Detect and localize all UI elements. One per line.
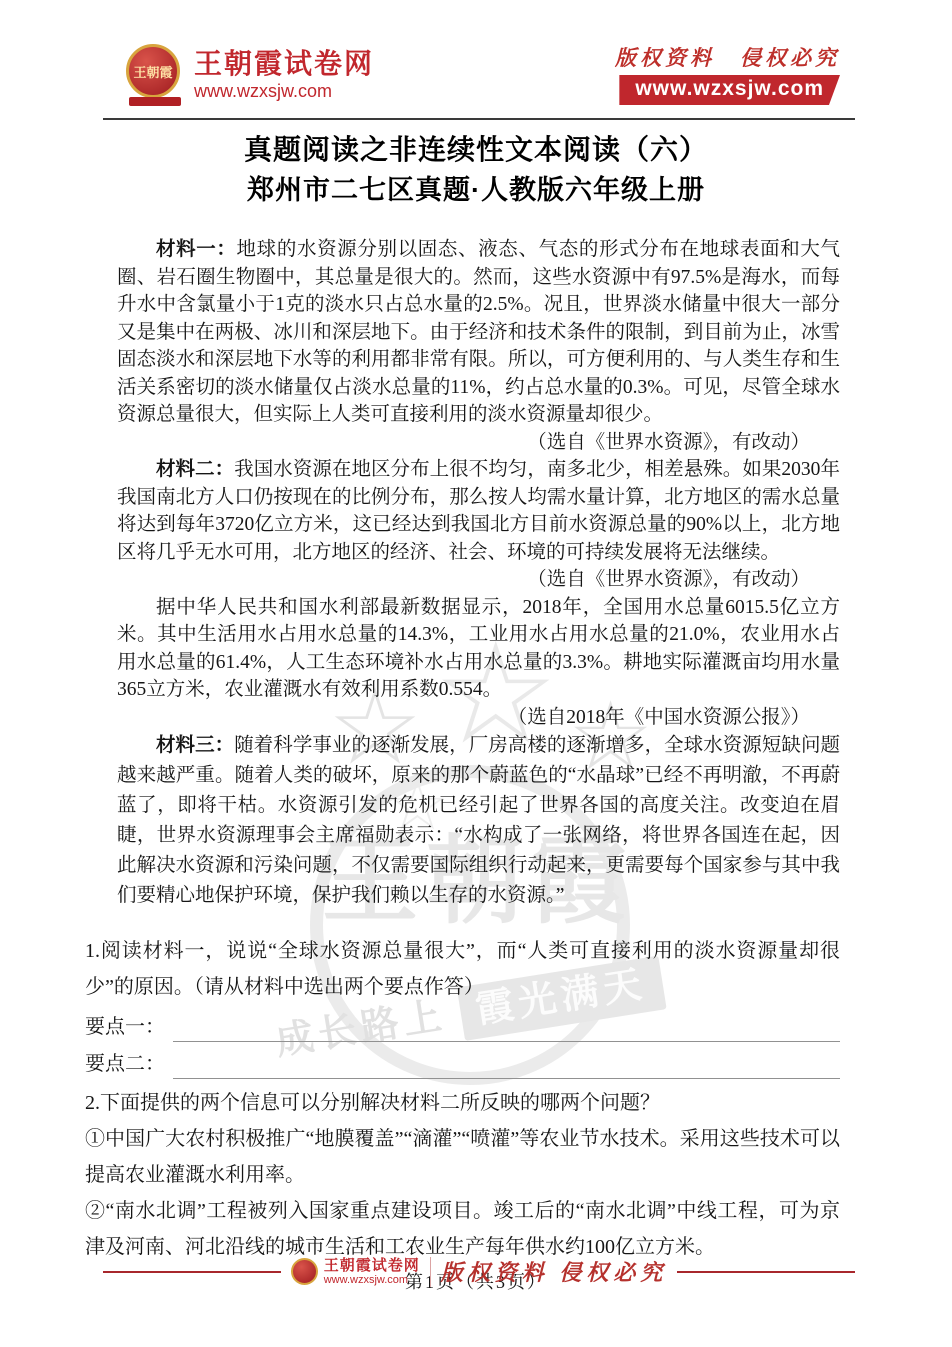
reading-materials: 材料一：地球的水资源分别以固态、液态、气态的形式分布在地球表面和大气圈、岩石圈生… — [117, 236, 840, 911]
material-1-label: 材料一： — [156, 239, 237, 260]
footer: 王朝霞试卷网 www.wzxsjw.com 版权资料 侵权必究 — [103, 1256, 855, 1287]
footer-seal-icon — [291, 1258, 318, 1285]
footer-logo: 王朝霞试卷网 www.wzxsjw.com — [291, 1258, 420, 1286]
material-2b-text: 据中华人民共和国水利部最新数据显示，2018年，全国用水总量6015.5亿立方米… — [117, 597, 840, 701]
footer-site-name: 王朝霞试卷网 — [324, 1258, 420, 1274]
material-3-label: 材料三： — [156, 735, 234, 756]
page-subtitle: 郑州市二七区真题·人教版六年级上册 — [0, 170, 952, 210]
material-2-label: 材料二： — [156, 459, 234, 480]
answer-line-2[interactable] — [173, 1053, 840, 1079]
title-block: 真题阅读之非连续性文本阅读（六） 郑州市二七区真题·人教版六年级上册 — [0, 130, 952, 210]
material-2b-paragraph: 据中华人民共和国水利部最新数据显示，2018年，全国用水总量6015.5亿立方米… — [117, 594, 840, 704]
answer-line-1[interactable] — [173, 1016, 840, 1042]
footer-copyright-slogan: 版权资料 侵权必究 — [441, 1256, 668, 1287]
footer-site-url: www.wzxsjw.com — [324, 1274, 420, 1286]
questions-section: 1.阅读材料一，说说“全球水资源总量很大”，而“人类可直接利用的淡水资源量却很少… — [85, 933, 840, 1265]
seal-icon: 王朝霞 — [126, 44, 184, 106]
footer-rule-left — [103, 1271, 281, 1273]
seal-text: 王朝霞 — [133, 62, 172, 81]
material-3-text: 随着科学事业的逐渐发展，厂房高楼的逐渐增多，全球水资源短缺问题越来越严重。随着人… — [117, 735, 840, 906]
seal-circle-icon: 王朝霞 — [126, 44, 180, 98]
header-divider — [103, 118, 855, 120]
site-logo: 王朝霞 王朝霞试卷网 www.wzxsjw.com — [126, 44, 374, 106]
answer-blank-1: 要点一： — [85, 1008, 840, 1042]
info-item-2: ②“南水北调”工程被列入国家重点建设项目。竣工后的“南水北调”中线工程，可为京津… — [85, 1193, 840, 1265]
material-3-paragraph: 材料三：随着科学事业的逐渐发展，厂房高楼的逐渐增多，全球水资源短缺问题越来越严重… — [117, 731, 840, 911]
answer-label-1: 要点一： — [85, 1012, 165, 1042]
material-1-paragraph: 材料一：地球的水资源分别以固态、液态、气态的形式分布在地球表面和大气圈、岩石圈生… — [117, 236, 840, 429]
footer-logo-text: 王朝霞试卷网 www.wzxsjw.com — [324, 1258, 420, 1286]
info-item-1: ①中国广大农村积极推广“地膜覆盖”“滴灌”“喷灌”等农业节水技术。采用这些技术可… — [85, 1121, 840, 1193]
header-right: 版权资料 侵权必究 www.wzxsjw.com — [615, 44, 840, 105]
copyright-slogan: 版权资料 侵权必究 — [615, 44, 840, 72]
material-2-paragraph: 材料二：我国水资源在地区分布上很不均匀，南多北少，相差悬殊。如果2030年我国南… — [117, 456, 840, 566]
site-url: www.wzxsjw.com — [194, 80, 374, 102]
question-2: 2.下面提供的两个信息可以分别解决材料二所反映的哪两个问题？ — [85, 1085, 840, 1121]
footer-rule-right — [677, 1271, 855, 1273]
document-page: ☆ ☆ ☆ ☆ 王朝霞 成长路上 霞光满天 王朝霞 王朝霞试卷网 www.wzx… — [0, 0, 952, 1347]
footer-vertical-divider — [430, 1257, 431, 1287]
question-1: 1.阅读材料一，说说“全球水资源总量很大”，而“人类可直接利用的淡水资源量却很少… — [85, 933, 840, 1005]
answer-label-2: 要点二： — [85, 1049, 165, 1079]
material-2b-attribution: （选自2018年《中国水资源公报》） — [117, 704, 840, 732]
answer-blank-2: 要点二： — [85, 1045, 840, 1079]
site-name: 王朝霞试卷网 — [194, 48, 374, 80]
url-banner: www.wzxsjw.com — [619, 75, 840, 105]
material-1-text: 地球的水资源分别以固态、液态、气态的形式分布在地球表面和大气圈、岩石圈生物圈中，… — [117, 239, 840, 425]
material-2-attribution: （选自《世界水资源》，有改动） — [117, 566, 840, 594]
logo-text: 王朝霞试卷网 www.wzxsjw.com — [194, 48, 374, 102]
header: 王朝霞 王朝霞试卷网 www.wzxsjw.com 版权资料 侵权必究 www.… — [0, 0, 952, 106]
seal-ribbon-icon — [129, 97, 181, 106]
page-title: 真题阅读之非连续性文本阅读（六） — [0, 130, 952, 170]
material-1-attribution: （选自《世界水资源》，有改动） — [117, 429, 840, 457]
